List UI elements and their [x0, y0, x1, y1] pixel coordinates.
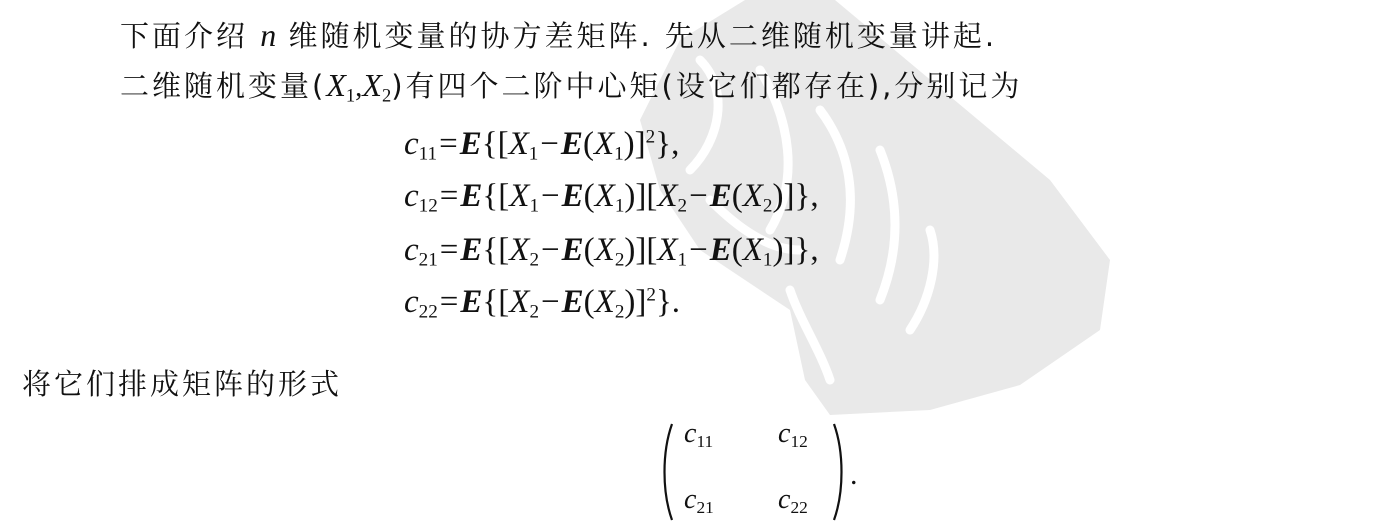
matrix-cell-c21: c21 [684, 484, 714, 518]
matrix-period: . [850, 458, 858, 492]
matrix-cell-c22: c22 [778, 484, 808, 518]
equation-c21: c21=E{[X2−E(X2)][X1−E(X1)]}, [404, 232, 819, 272]
var-x2: X2 [362, 67, 391, 103]
covariance-matrix: c11 c12 c21 c22 . [660, 418, 870, 528]
paragraph-intro: 下面介绍 n 维随机变量的协方差矩阵. 先从二维随机变量讲起. [120, 14, 997, 55]
paragraph-moments: 二维随机变量(X1,X2)有四个二阶中心矩(设它们都存在),分别记为 [120, 64, 1022, 108]
intro-text-before: 下面介绍 [120, 19, 248, 53]
left-paren-icon [660, 422, 674, 522]
matrix-cell-c12: c12 [778, 418, 808, 452]
equation-c12: c12=E{[X1−E(X1)][X2−E(X2)]}, [404, 178, 819, 218]
var-x1: X1 [326, 67, 355, 103]
variable-n: n [260, 17, 276, 53]
equation-c22: c22=E{[X2−E(X2)]2}. [404, 284, 680, 324]
intro-text-after: 维随机变量的协方差矩阵. 先从二维随机变量讲起. [288, 19, 997, 53]
paragraph-matrix-intro: 将它们排成矩阵的形式 [22, 362, 342, 403]
matrix-cell-c11: c11 [684, 418, 713, 452]
moments-text-prefix: 二维随机变量( [120, 69, 326, 103]
right-paren-icon [832, 422, 846, 522]
moments-text-suffix: )有四个二阶中心矩(设它们都存在),分别记为 [391, 69, 1022, 103]
equation-c11: c11=E{[X1−E(X1)]2}, [404, 126, 679, 166]
